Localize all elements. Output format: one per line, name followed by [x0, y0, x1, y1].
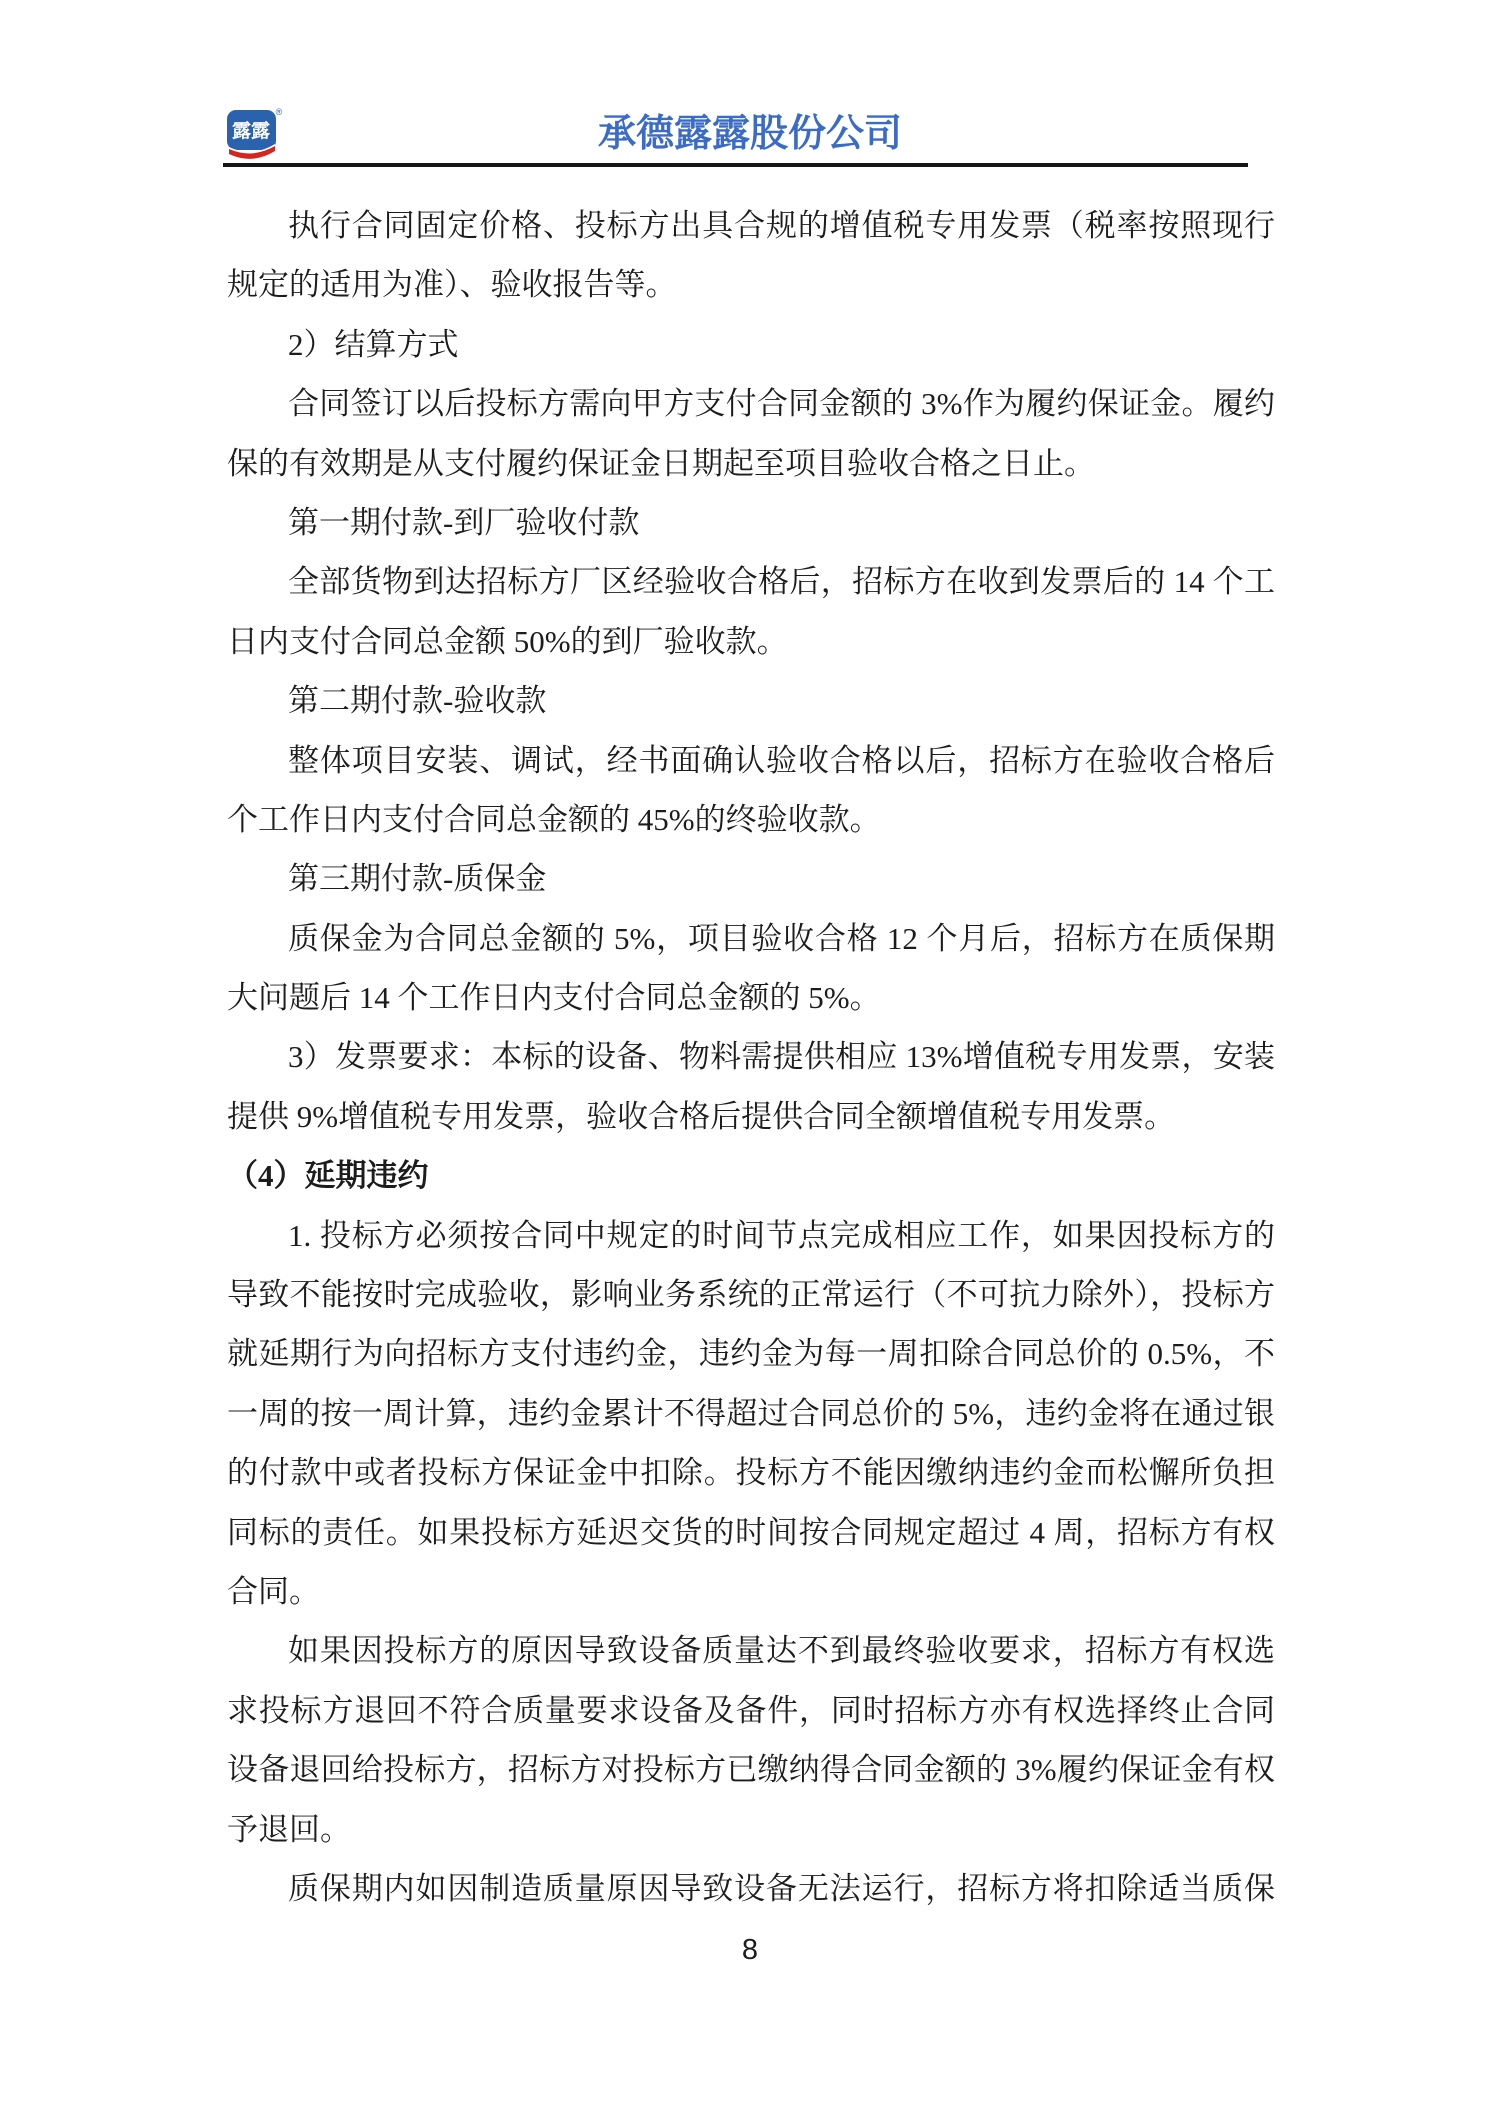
- document-page: 露露 ® 承德露露股份公司 执行合同固定价格、投标方出具合规的增值税专用发票（税…: [0, 0, 1500, 2121]
- text-line: 提供 9%增值税专用发票，验收合格后提供合同全额增值税专用发票。: [227, 1087, 1275, 1146]
- text-line: 第一期付款-到厂验收付款: [227, 493, 1275, 552]
- text-line: 同标的责任。如果投标方延迟交货的时间按合同规定超过 4 周，招标方有权终止: [227, 1503, 1275, 1562]
- text-line: 执行合同固定价格、投标方出具合规的增值税专用发票（税率按照现行法规: [227, 196, 1275, 255]
- section-heading: （4）延期违约: [227, 1146, 1275, 1205]
- text-line: 2）结算方式: [227, 315, 1275, 374]
- text-line: 导致不能按时完成验收，影响业务系统的正常运行（不可抗力除外），投标方将: [227, 1265, 1275, 1324]
- text-line: 日内支付合同总金额 50%的到厂验收款。: [227, 612, 1275, 671]
- text-line: 质保期内如因制造质量原因导致设备无法运行，招标方将扣除适当质保金并: [227, 1859, 1275, 1918]
- text-line: 予退回。: [227, 1800, 1275, 1859]
- text-line: 全部货物到达招标方厂区经验收合格后，招标方在收到发票后的 14 个工作: [227, 552, 1275, 611]
- text-line: 就延期行为向招标方支付违约金，违约金为每一周扣除合同总价的 0.5%，不足: [227, 1324, 1275, 1383]
- text-line: 一周的按一周计算，违约金累计不得超过合同总价的 5%，违约金将在通过银行: [227, 1384, 1275, 1443]
- text-line: 如果因投标方的原因导致设备质量达不到最终验收要求，招标方有权选择要: [227, 1621, 1275, 1680]
- text-line: 保的有效期是从支付履约保证金日期起至项目验收合格之日止。: [227, 434, 1275, 493]
- text-line: 设备退回给投标方，招标方对投标方已缴纳得合同金额的 3%履约保证金有权不: [227, 1740, 1275, 1799]
- text-line: 求投标方退回不符合质量要求设备及备件，同时招标方亦有权选择终止合同并将: [227, 1681, 1275, 1740]
- company-title: 承德露露股份公司: [0, 112, 1500, 156]
- page-number: 8: [0, 1930, 1500, 1970]
- text-line: 第三期付款-质保金: [227, 849, 1275, 908]
- header-divider: [223, 163, 1248, 167]
- text-line: 合同签订以后投标方需向甲方支付合同金额的 3%作为履约保证金。履约担: [227, 374, 1275, 433]
- text-line: 大问题后 14 个工作日内支付合同总金额的 5%。: [227, 968, 1275, 1027]
- text-line: 整体项目安装、调试，经书面确认验收合格以后，招标方在验收合格后的 14: [227, 731, 1275, 790]
- text-line: 质保金为合同总金额的 5%，项目验收合格 12 个月后，招标方在质保期无重: [227, 909, 1275, 968]
- text-line: 1. 投标方必须按合同中规定的时间节点完成相应工作，如果因投标方的原因: [227, 1206, 1275, 1265]
- text-line: 的付款中或者投标方保证金中扣除。投标方不能因缴纳违约金而松懈所负担的合: [227, 1443, 1275, 1502]
- text-line: 3）发票要求：本标的设备、物料需提供相应 13%增值税专用发票，安装部分: [227, 1027, 1275, 1086]
- document-body: 执行合同固定价格、投标方出具合规的增值税专用发票（税率按照现行法规规定的适用为准…: [227, 196, 1275, 1918]
- text-line: 第二期付款-验收款: [227, 671, 1275, 730]
- text-line: 合同。: [227, 1562, 1275, 1621]
- text-line: 个工作日内支付合同总金额的 45%的终验收款。: [227, 790, 1275, 849]
- text-line: 规定的适用为准）、验收报告等。: [227, 255, 1275, 314]
